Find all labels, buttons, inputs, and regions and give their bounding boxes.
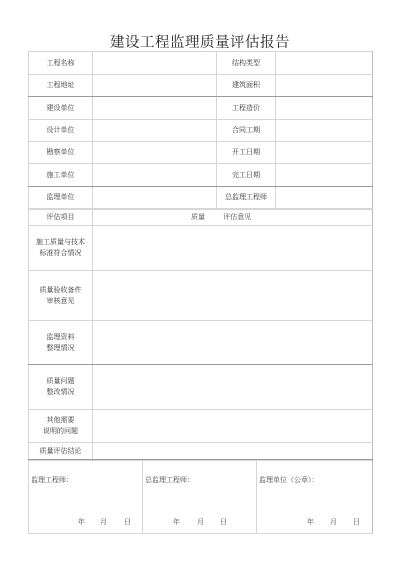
start-date-field[interactable]	[276, 142, 373, 164]
info-label: 总监理工程师	[217, 187, 276, 209]
other-issues-field[interactable]	[93, 410, 373, 443]
acceptance-review-field[interactable]	[93, 271, 373, 321]
month-label: 月	[330, 517, 337, 528]
construction-unit-field[interactable]	[93, 97, 217, 120]
info-row: 勘察单位 开工日期	[29, 142, 373, 164]
eval-label-line: 标准符合情况	[29, 248, 92, 259]
day-label: 日	[124, 517, 131, 528]
conclusion-field[interactable]	[93, 443, 373, 460]
signature-table: 监理工程师： 年 月 日 总监理工程师： 年 月 日 监理单位（公章）： 年	[28, 460, 373, 534]
eval-label: 施工质量与技术 标准符合情况	[29, 226, 93, 271]
eval-label-line: 其他需要	[29, 415, 92, 426]
quality-header: 质量	[191, 213, 205, 221]
quality-compliance-field[interactable]	[93, 226, 373, 271]
eval-item-header: 评估项目	[29, 210, 93, 226]
info-row: 工程名称 结构类型	[29, 52, 373, 75]
project-cost-field[interactable]	[276, 97, 373, 120]
info-label: 设计单位	[29, 120, 93, 142]
info-row: 工程地址 建筑面积	[29, 75, 373, 97]
eval-label-line: 审核意见	[29, 296, 92, 307]
supervision-unit-field[interactable]	[93, 187, 217, 209]
eval-label: 质量问题 整改情况	[29, 365, 93, 410]
info-label: 监理单位	[29, 187, 93, 209]
evaluation-row: 其他需要 说明的问题	[29, 410, 373, 443]
evaluation-row: 施工质量与技术 标准符合情况	[29, 226, 373, 271]
info-row: 施工单位 完工日期	[29, 164, 373, 187]
signature-row: 监理工程师： 年 月 日 总监理工程师： 年 月 日 监理单位（公章）： 年	[29, 461, 373, 534]
contractor-unit-field[interactable]	[93, 164, 217, 187]
unit-seal-cell[interactable]: 监理单位（公章）： 年 月 日	[257, 461, 373, 534]
eval-label: 监理资料 整理情况	[29, 321, 93, 365]
eval-opinion-header: 质量 评估意见	[93, 210, 373, 226]
year-label: 年	[173, 517, 180, 528]
eval-label-line: 整改情况	[29, 387, 92, 398]
info-label: 结构类型	[217, 52, 276, 75]
info-row: 建设单位 工程造价	[29, 97, 373, 120]
eval-label-line: 质量验收备件	[29, 285, 92, 296]
info-label: 完工日期	[217, 164, 276, 187]
month-label: 月	[197, 517, 204, 528]
evaluation-row: 监理资料 整理情况	[29, 321, 373, 365]
project-name-field[interactable]	[93, 52, 217, 75]
day-label: 日	[353, 517, 360, 528]
info-table: 工程名称 结构类型 工程地址 建筑面积 建设单位 工程造价 设计单位 合同工期 …	[28, 51, 373, 209]
eval-label-line: 整理情况	[29, 343, 92, 354]
info-label: 工程地址	[29, 75, 93, 97]
report-title: 建设工程监理质量评估报告	[0, 31, 400, 52]
completion-date-field[interactable]	[276, 164, 373, 187]
project-address-field[interactable]	[93, 75, 217, 97]
rectification-field[interactable]	[93, 365, 373, 410]
info-label: 建设单位	[29, 97, 93, 120]
info-label: 工程造价	[217, 97, 276, 120]
evaluation-row: 质量验收备件 审核意见	[29, 271, 373, 321]
survey-unit-field[interactable]	[93, 142, 217, 164]
day-label: 日	[220, 517, 227, 528]
building-area-field[interactable]	[276, 75, 373, 97]
info-label: 建筑面积	[217, 75, 276, 97]
opinion-header: 评估意见	[223, 213, 251, 221]
info-row: 监理单位 总监理工程师	[29, 187, 373, 209]
year-label: 年	[307, 517, 314, 528]
chief-engineer-signature-label: 总监理工程师：	[145, 475, 194, 486]
eval-label: 其他需要 说明的问题	[29, 410, 93, 443]
conclusion-row: 质量评估结论	[29, 443, 373, 460]
chief-engineer-signature-cell[interactable]: 总监理工程师： 年 月 日	[143, 461, 257, 534]
eval-label-line: 施工质量与技术	[29, 237, 92, 248]
chief-engineer-field[interactable]	[276, 187, 373, 209]
contract-period-field[interactable]	[276, 120, 373, 142]
info-label: 开工日期	[217, 142, 276, 164]
documents-field[interactable]	[93, 321, 373, 365]
info-label: 合同工期	[217, 120, 276, 142]
eval-label-line: 监理资料	[29, 332, 92, 343]
design-unit-field[interactable]	[93, 120, 217, 142]
info-label: 勘察单位	[29, 142, 93, 164]
year-label: 年	[78, 517, 85, 528]
structure-type-field[interactable]	[276, 52, 373, 75]
evaluation-row: 质量问题 整改情况	[29, 365, 373, 410]
eval-label-line: 说明的问题	[29, 426, 92, 437]
evaluation-table: 评估项目 质量 评估意见 施工质量与技术 标准符合情况 质量验收备件 审核意见 …	[28, 209, 373, 460]
report-form: 工程名称 结构类型 工程地址 建筑面积 建设单位 工程造价 设计单位 合同工期 …	[28, 51, 372, 534]
eval-label: 质量验收备件 审核意见	[29, 271, 93, 321]
info-row: 设计单位 合同工期	[29, 120, 373, 142]
evaluation-header-row: 评估项目 质量 评估意见	[29, 210, 373, 226]
engineer-signature-cell[interactable]: 监理工程师： 年 月 日	[29, 461, 143, 534]
info-label: 工程名称	[29, 52, 93, 75]
info-label: 施工单位	[29, 164, 93, 187]
conclusion-label: 质量评估结论	[29, 443, 93, 460]
month-label: 月	[100, 517, 107, 528]
eval-label-line: 质量问题	[29, 376, 92, 387]
engineer-signature-label: 监理工程师：	[31, 475, 73, 486]
unit-seal-label: 监理单位（公章）：	[259, 475, 319, 486]
